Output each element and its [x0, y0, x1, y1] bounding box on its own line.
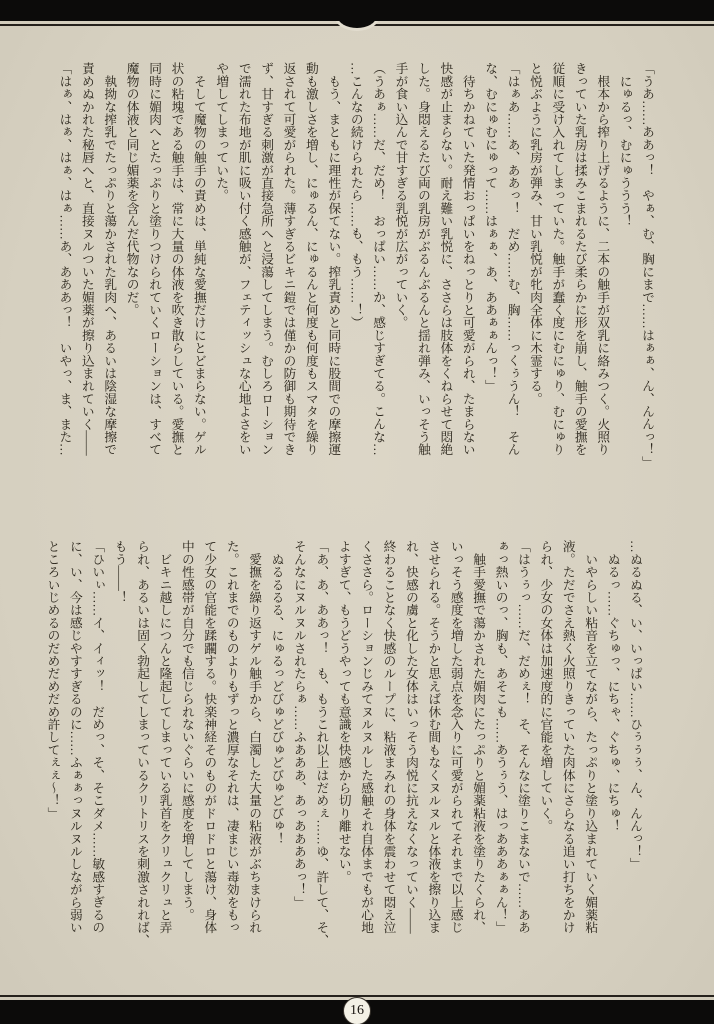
text-column: れ、快感の虜と化した女体はいっそう肉悦に抗えなくなっていく――: [400, 540, 422, 970]
text-column: ぬるるるる、にゅるっどびゅどびゅどびゅどびゅ！: [265, 540, 287, 970]
text-column: に、い、今は感じやすすぎるのに……ふぁぁっヌルヌルしながら弱い: [63, 540, 85, 970]
text-column: くささら。ローションじみてヌルヌルした感触それ自体までもが心地: [355, 540, 377, 970]
text-column: た。これまでのものよりもずっと濃厚なそれは、凄まじい毒効をもっ: [220, 540, 242, 970]
text-column: 「はうぅっ……だ、だめぇ！ そ、そんなに塗りこまないで……ああ: [512, 540, 534, 970]
text-column: 愛撫を繰り返すゲル触手から、白濁した大量の粘液がぶちまけられ: [243, 540, 265, 970]
text-column: られ、あるいは固く勃起してしまっているクリトリスを刺激されれば、: [131, 540, 153, 970]
text-block-bottom: …ぬるぬる、い、いっぱい……ひぅぅぅ、ん、んんっ！」 ぬるっ……ぐちゅっ、にちゃ…: [41, 540, 646, 970]
text-column: もう――！: [108, 540, 130, 970]
text-column: ところいじめるのだめだめだめ許してぇぇ～！」: [41, 540, 63, 970]
text-column: そんなにヌルヌルされたらぁ……ふあああ、あっああああっ！」: [288, 540, 310, 970]
text-column: で濡れた布地が肌に吸い付く感触が、フェティッシュな心地よさをい: [232, 62, 254, 482]
text-column: 「うあ……ああっ！ やぁ、む、胸にまで……はぁぁ、ん、んんっ！」: [636, 62, 658, 482]
text-column: させられる。そうかと思えば休む間もなくヌルヌルと体液を擦り込ま: [422, 540, 444, 970]
text-column: 液。ただでさえ熱く火照りきっていた肉体にさらなる追い打ちをかけ: [556, 540, 578, 970]
text-column: 「ひいぃ……イ、イィッ！ だめっ、そ、そこダメ……敏感すぎるの: [86, 540, 108, 970]
text-column: 同時に媚肉へとたっぷりと塗りつけられていくローションは、すべて: [143, 62, 165, 482]
text-column: 状の粘塊である触手は、常に大量の体液を吹き散らしている。愛撫と: [165, 62, 187, 482]
text-column: 「はぁあ……あ、ああっ！ だめ……む、胸……っくぅうん！ そん: [501, 62, 523, 482]
text-column: よすぎて、もうどうやっても意識を快感から切り離せない。: [332, 540, 354, 970]
text-column: な、むにゅむにゅって……はぁぁ、あ、ああぁぁんっ！」: [479, 62, 501, 482]
page-number: 16: [350, 1004, 364, 1018]
text-column: 触手愛撫で蕩かされた媚肉にたっぷりと媚薬粘液を塗りたくられ、: [467, 540, 489, 970]
text-column: 終わることなく快感のループに、粘液まみれの身体を震わせて悶え泣: [377, 540, 399, 970]
text-column: 中の性感帯が自分でも信じられないぐらいに感度を増してしまう。: [175, 540, 197, 970]
text-column: 返されて可愛がられた。薄すぎるビキニ鎧では僅かの防御も期待でき: [277, 62, 299, 482]
text-column: （うあぁ……だ、だめ！ おっぱい……か、感じすぎてる。こんな…: [367, 62, 389, 482]
text-column: 責めぬかれた秘唇へと、直接ヌルついた媚薬が擦り込まれていく――: [75, 62, 97, 482]
text-column: 「あ、あ、ああっ！ も、もうこれ以上はだめぇ……ゆ、許して、そ、: [310, 540, 332, 970]
text-column: そして魔物の触手の責めは、単純な愛撫だけにとどまらない。ゲル: [187, 62, 209, 482]
text-column: ず、甘すぎる刺激が直接急所へと浸蕩してしまう。むしろローション: [255, 62, 277, 482]
text-column: られ、少女の女体は加速度的に官能を増していく。: [534, 540, 556, 970]
text-column: きっていた乳房は揉みこまれるたび柔らかに形を崩し、触手の愛撫を: [568, 62, 590, 482]
text-column: 待ちかねていた発情おっぱいをねっとりと可愛がられ、たまらない: [456, 62, 478, 482]
text-column: いっそう感度を増した弱点を念入りに可愛がられてそれまで以上感じ: [444, 540, 466, 970]
text-column: もう、まともに理性が保てない。搾乳責めと同時に股間での摩擦運: [322, 62, 344, 482]
header-ornament-bar: [0, 0, 714, 21]
text-column: て少女の官能を蹂躙する。快楽神経そのものがドロドロと蕩け、身体: [198, 540, 220, 970]
text-column: 「はぁ、はぁ、はぁ、はぁ……あ、あああっ！ いやっ、ま、また…: [53, 62, 75, 482]
text-block-top: 「うあ……ああっ！ やぁ、む、胸にまで……はぁぁ、ん、んんっ！」 にゅるっ、むに…: [53, 62, 658, 482]
text-column: …ぬるぬる、い、いっぱい……ひぅぅぅ、ん、んんっ！」: [624, 540, 646, 970]
text-column: ぬるっ……ぐちゅっ、にちゃ、ぐちゅ、にちゅ！: [601, 540, 623, 970]
book-page: 「うあ……ああっ！ やぁ、む、胸にまで……はぁぁ、ん、んんっ！」 にゅるっ、むに…: [0, 0, 714, 1024]
text-column: ビキニ越しにつんと隆起してしまっている乳首をクリュクリュと弄: [153, 540, 175, 970]
text-column: 執拗な搾乳でたっぷりと蕩かされた乳肉へ、あるいは陰湿な摩擦で: [98, 62, 120, 482]
text-column: 動も激しさを増し、にゅるん、にゅるんと何度も何度もスマタを繰り: [300, 62, 322, 482]
text-column: 従順に受け入れてしまっていた。触手が蠢く度にむにゅり、むにゅり: [546, 62, 568, 482]
text-column: 魔物の体液と同じ媚薬を含んだ代物なのだ。: [120, 62, 142, 482]
text-column: …こんなの続けられたら……も、もう……！）: [344, 62, 366, 482]
text-column: 根本から搾り上げるように、二本の触手が双乳に絡みつく。火照り: [591, 62, 613, 482]
text-column: 手が食い込んで甘すぎる乳悦が広がっていく。: [389, 62, 411, 482]
text-column: いやらしい粘音を立てながら、たっぷりと塗り込まれていく媚薬粘: [579, 540, 601, 970]
text-column: した。身悶えるたび両の乳房がぶるんぶるんと揺れ弾み、いっそう触: [412, 62, 434, 482]
text-column: と悦ぶように乳房が弾み、甘い乳悦が牝肉全体に木霊する。: [524, 62, 546, 482]
text-column: ぁっ熱いのっ、胸も、あそこも……あうぅう、はっあああぁぁん！」: [489, 540, 511, 970]
text-column: にゅるっ、むにゅううう！: [613, 62, 635, 482]
page-number-badge: 16: [343, 997, 371, 1024]
text-column: 快感が止まらない。耐え難い乳悦に、ささらは肢体をくねらせて悶絶: [434, 62, 456, 482]
text-column: や増してしまっていた。: [210, 62, 232, 482]
